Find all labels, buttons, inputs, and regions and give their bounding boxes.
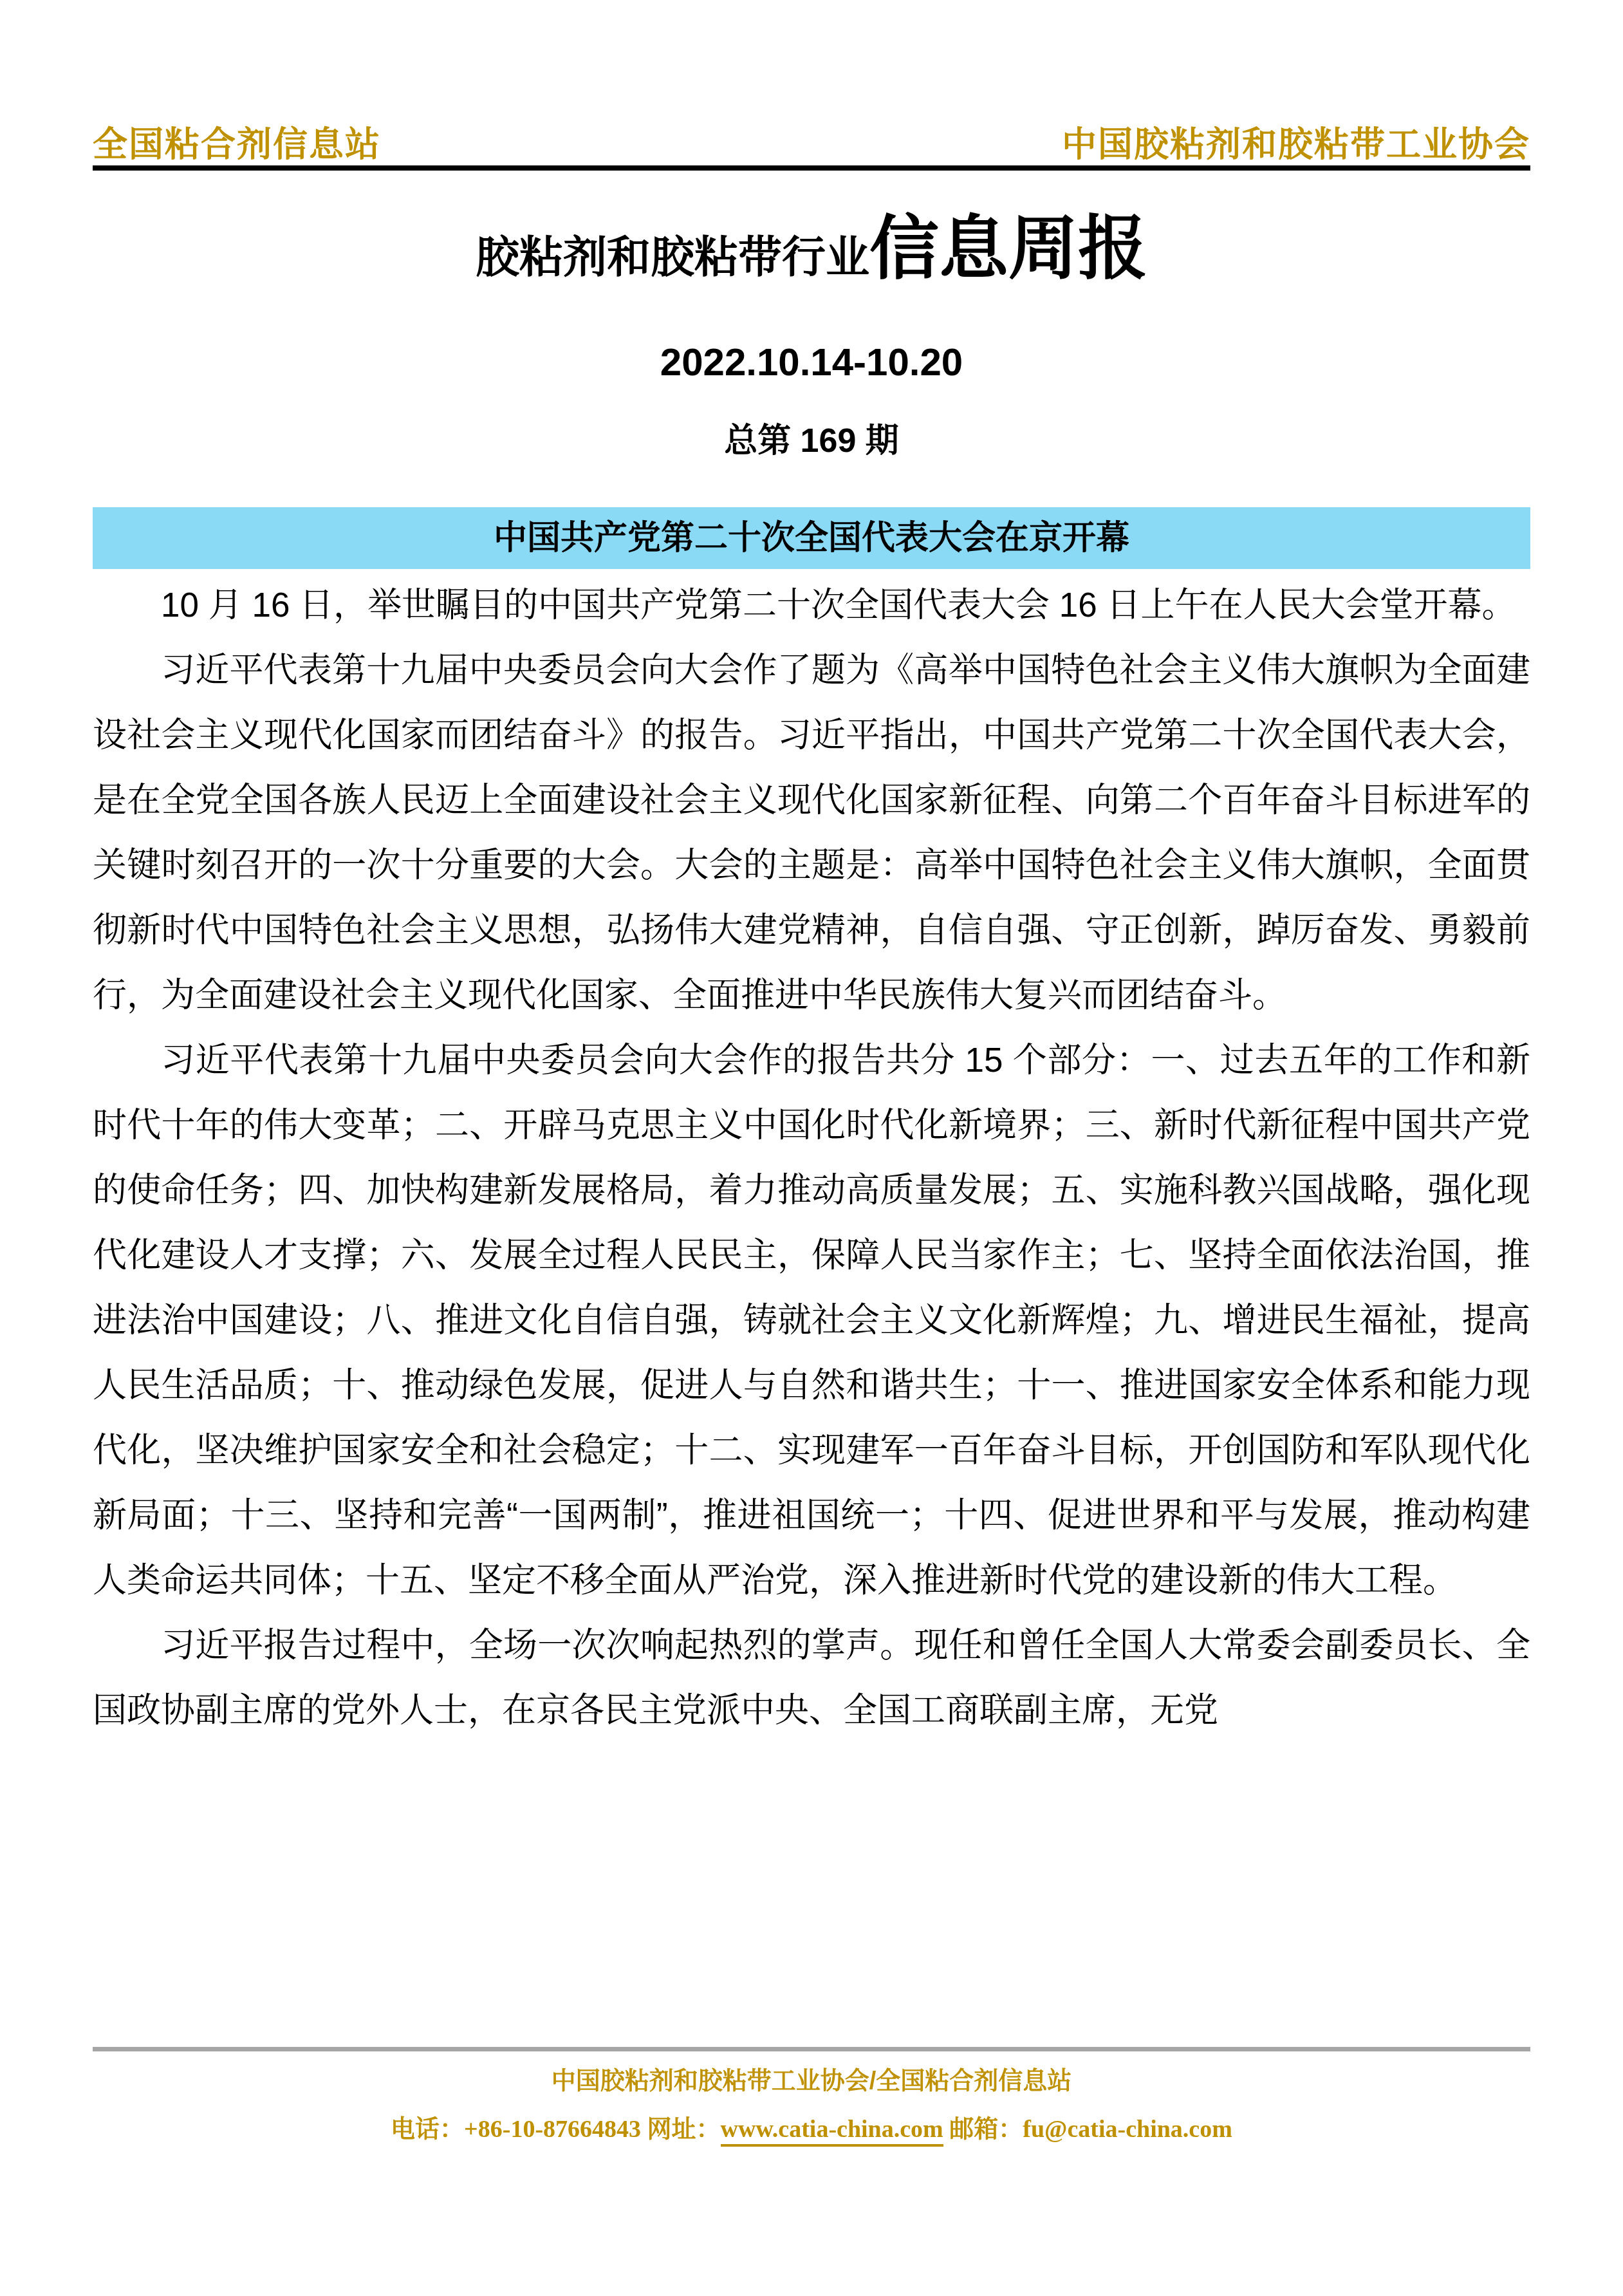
body-paragraph: 10 月 16 日，举世瞩目的中国共产党第二十次全国代表大会 16 日上午在人民… [93, 573, 1530, 638]
body-paragraph: 习近平报告过程中，全场一次次响起热烈的掌声。现任和曾任全国人大常委会副委员长、全… [93, 1613, 1530, 1743]
body-paragraph: 习近平代表第十九届中央委员会向大会作了题为《高举中国特色社会主义伟大旗帜为全面建… [93, 638, 1530, 1028]
phone-label: 电话： [391, 2116, 464, 2143]
page-header: 全国粘合剂信息站 中国胶粘剂和胶粘带工业协会 [93, 117, 1530, 167]
title-prefix: 胶粘剂和胶粘带行业 [476, 233, 869, 282]
article-headline-banner: 中国共产党第二十次全国代表大会在京开幕 [93, 507, 1530, 569]
page-title: 胶粘剂和胶粘带行业信息周报 [93, 205, 1530, 292]
page-footer: 中国胶粘剂和胶粘带工业协会/全国粘合剂信息站 电话：+86-10-8766484… [93, 2047, 1530, 2144]
footer-divider [93, 2047, 1530, 2051]
header-right-org: 中国胶粘剂和胶粘带工业协会 [1062, 117, 1530, 167]
body-paragraph: 习近平代表第十九届中央委员会向大会作的报告共分 15 个部分：一、过去五年的工作… [93, 1028, 1530, 1613]
footer-org-line: 中国胶粘剂和胶粘带工业协会/全国粘合剂信息站 [93, 2060, 1530, 2096]
email-address: fu@catia-china.com [1023, 2116, 1232, 2143]
website-label: 网址： [641, 2116, 721, 2143]
website-link[interactable]: www.catia-china.com [721, 2116, 943, 2147]
date-range: 2022.10.14-10.20 [93, 340, 1530, 384]
issue-number: 总第 169 期 [93, 413, 1530, 462]
phone-number: +86-10-87664843 [464, 2116, 641, 2143]
email-label: 邮箱： [943, 2116, 1023, 2143]
footer-contact-line: 电话：+86-10-87664843 网址：www.catia-china.co… [93, 2109, 1530, 2144]
title-main: 信息周报 [869, 209, 1147, 287]
header-divider [93, 165, 1530, 171]
document-page: 全国粘合剂信息站 中国胶粘剂和胶粘带工业协会 胶粘剂和胶粘带行业信息周报 202… [0, 0, 1623, 2296]
header-left-org: 全国粘合剂信息站 [93, 117, 381, 167]
article-body: 10 月 16 日，举世瞩目的中国共产党第二十次全国代表大会 16 日上午在人民… [93, 573, 1530, 2021]
